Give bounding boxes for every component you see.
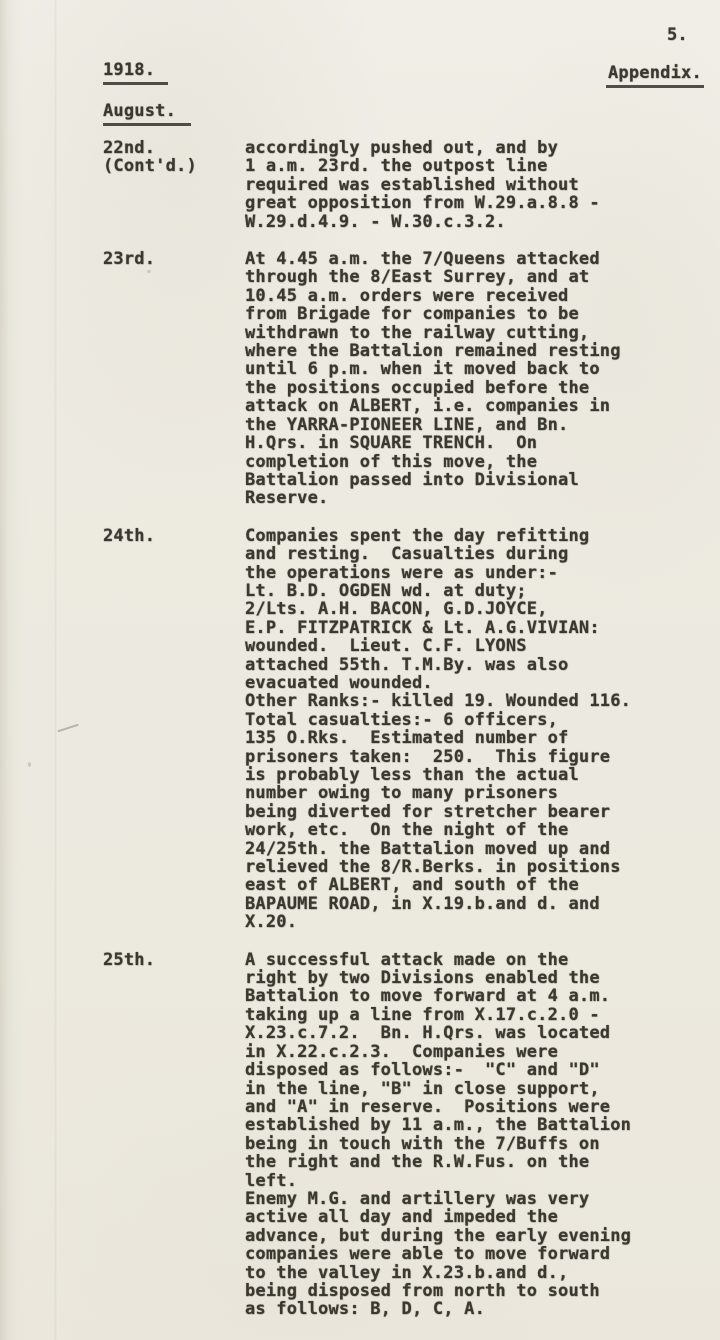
year-heading: 1918. — [103, 61, 168, 85]
entry-date-label: 23rd. — [103, 250, 245, 268]
diary-entry-22nd: 22nd. (Cont'd.) accordingly pushed out, … — [103, 139, 703, 231]
diary-entry-24th: 24th. Companies spent the day refitting … — [103, 527, 703, 932]
entry-body-text: A successful attack made on the right by… — [245, 951, 703, 1319]
entry-date-label: 22nd. (Cont'd.) — [103, 139, 245, 176]
entry-body-text: accordingly pushed out, and by 1 a.m. 23… — [245, 139, 703, 231]
appendix-heading: Appendix. — [606, 64, 704, 88]
month-heading: August. — [103, 102, 191, 126]
paper-speck — [28, 762, 31, 767]
pencil-mark — [57, 724, 78, 732]
entry-body-text: Companies spent the day refitting and re… — [245, 527, 703, 932]
page-number: 5. — [667, 26, 688, 45]
entry-date-label: 24th. — [103, 527, 245, 545]
diary-entries: 22nd. (Cont'd.) accordingly pushed out, … — [103, 139, 703, 1338]
entry-date-label: 25th. — [103, 951, 245, 969]
diary-entry-25th: 25th. A successful attack made on the ri… — [103, 951, 703, 1319]
entry-body-text: At 4.45 a.m. the 7/Queens attacked throu… — [245, 250, 703, 508]
diary-entry-23rd: 23rd. At 4.45 a.m. the 7/Queens attacked… — [103, 250, 703, 508]
scanned-paper-background: 5. 1918. Appendix. August. 22nd. (Cont'd… — [0, 0, 720, 1340]
